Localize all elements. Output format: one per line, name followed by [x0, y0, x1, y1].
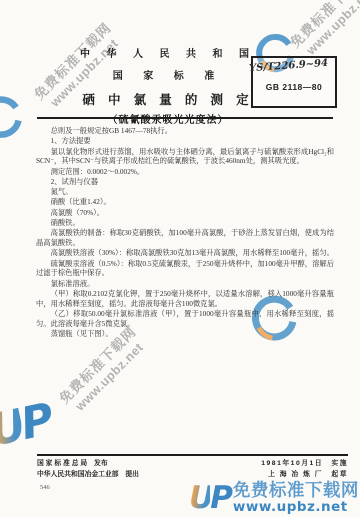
body-paragraph: （乙）移取50.00毫升氯标准溶液（甲），置于1000毫升容量瓶中，用水稀释至刻…	[36, 309, 334, 328]
proposed-by: 中华人民共和国冶金工业部 提出	[37, 470, 139, 481]
body-paragraph: 氯标准溶液。	[36, 279, 334, 289]
body-paragraph: 高氯酸铁的制备：称取30克硝酸铁，加100毫升高氯酸，于砂浴上蒸发冒白烟，使成为…	[36, 228, 334, 247]
document-body: 总则及一般规定按GB 1467—78执行。 1、方法提要 氯以氯化物形式进行蒸馏…	[36, 126, 334, 339]
section-heading: 1、方法提要	[36, 136, 334, 146]
body-paragraph: （甲）称取0.2102克氯化钾，置于250毫升烧杯中，以适量水溶解，移入1000…	[36, 289, 334, 308]
body-paragraph: 测定范围：0.0002～0.002%。	[36, 167, 334, 177]
standard-number: GB 2118—80	[253, 82, 335, 92]
up-logo-letter-u: U	[0, 400, 27, 456]
body-paragraph: 高氯酸铁溶液（30%）：称取高氯酸铁30克加13毫升高氯酸，用水稀释至100毫升…	[36, 248, 334, 258]
handwritten-annotation: YS/T226.9~94	[249, 57, 344, 75]
issued-by: 国 家 标 准 总 局 发布	[37, 459, 139, 470]
scanned-standard-document-page: 免费标准下载网 www.upbz.net 免费标准下载网 www.upbz.ne…	[0, 0, 360, 517]
footer-divider	[37, 454, 348, 456]
section-heading: 2、试剂与仪器	[36, 177, 334, 187]
body-paragraph: 蒸馏瓶（见下图）。	[36, 329, 334, 339]
up-logo-letter-p: P	[16, 394, 54, 450]
site-brand-name: 免费标准下载网	[233, 482, 359, 500]
page-number: 546	[40, 484, 50, 491]
standard-number-box: YS/T226.9~94 GB 2118—80	[251, 56, 337, 108]
up-logo: UP	[0, 398, 54, 454]
body-paragraph: 硝酸（比重1.42）。	[36, 197, 334, 207]
site-logo-swirl-icon	[0, 92, 26, 142]
site-logo-block: UP 免费标准下载网 www.upbz.net	[189, 479, 359, 517]
site-brand-text: 免费标准下载网 www.upbz.net	[233, 482, 359, 515]
up-logo-letter-p: P	[210, 480, 229, 516]
body-paragraph: 氮气。	[36, 187, 334, 197]
site-brand-url: www.upbz.net	[233, 500, 359, 514]
footer-right: 1981年10月1日 实施 上 海 冶 炼 厂 起草	[261, 459, 348, 480]
body-paragraph: 高氯酸（70%）。	[36, 208, 334, 218]
implement-date: 1981年10月1日 实施	[261, 459, 348, 470]
body-paragraph: 硫氰酸汞溶液（0.5%）：称取0.5克硫氰酸汞，于250毫升烧杯中，加100毫升…	[36, 259, 334, 278]
body-paragraph: 氯以氯化物形式进行蒸馏，用水吸收与主体硒分离，最后氯离子与硫氰酸汞形成HgCl₂…	[36, 147, 334, 166]
footer-left: 国 家 标 准 总 局 发布 中华人民共和国冶金工业部 提出	[37, 459, 139, 480]
header-divider	[37, 117, 333, 119]
up-logo-letter-u: U	[189, 480, 210, 516]
body-paragraph: 硝酸铁。	[36, 218, 334, 228]
up-logo: UP	[189, 483, 229, 514]
body-paragraph: 总则及一般规定按GB 1467—78执行。	[36, 126, 334, 136]
